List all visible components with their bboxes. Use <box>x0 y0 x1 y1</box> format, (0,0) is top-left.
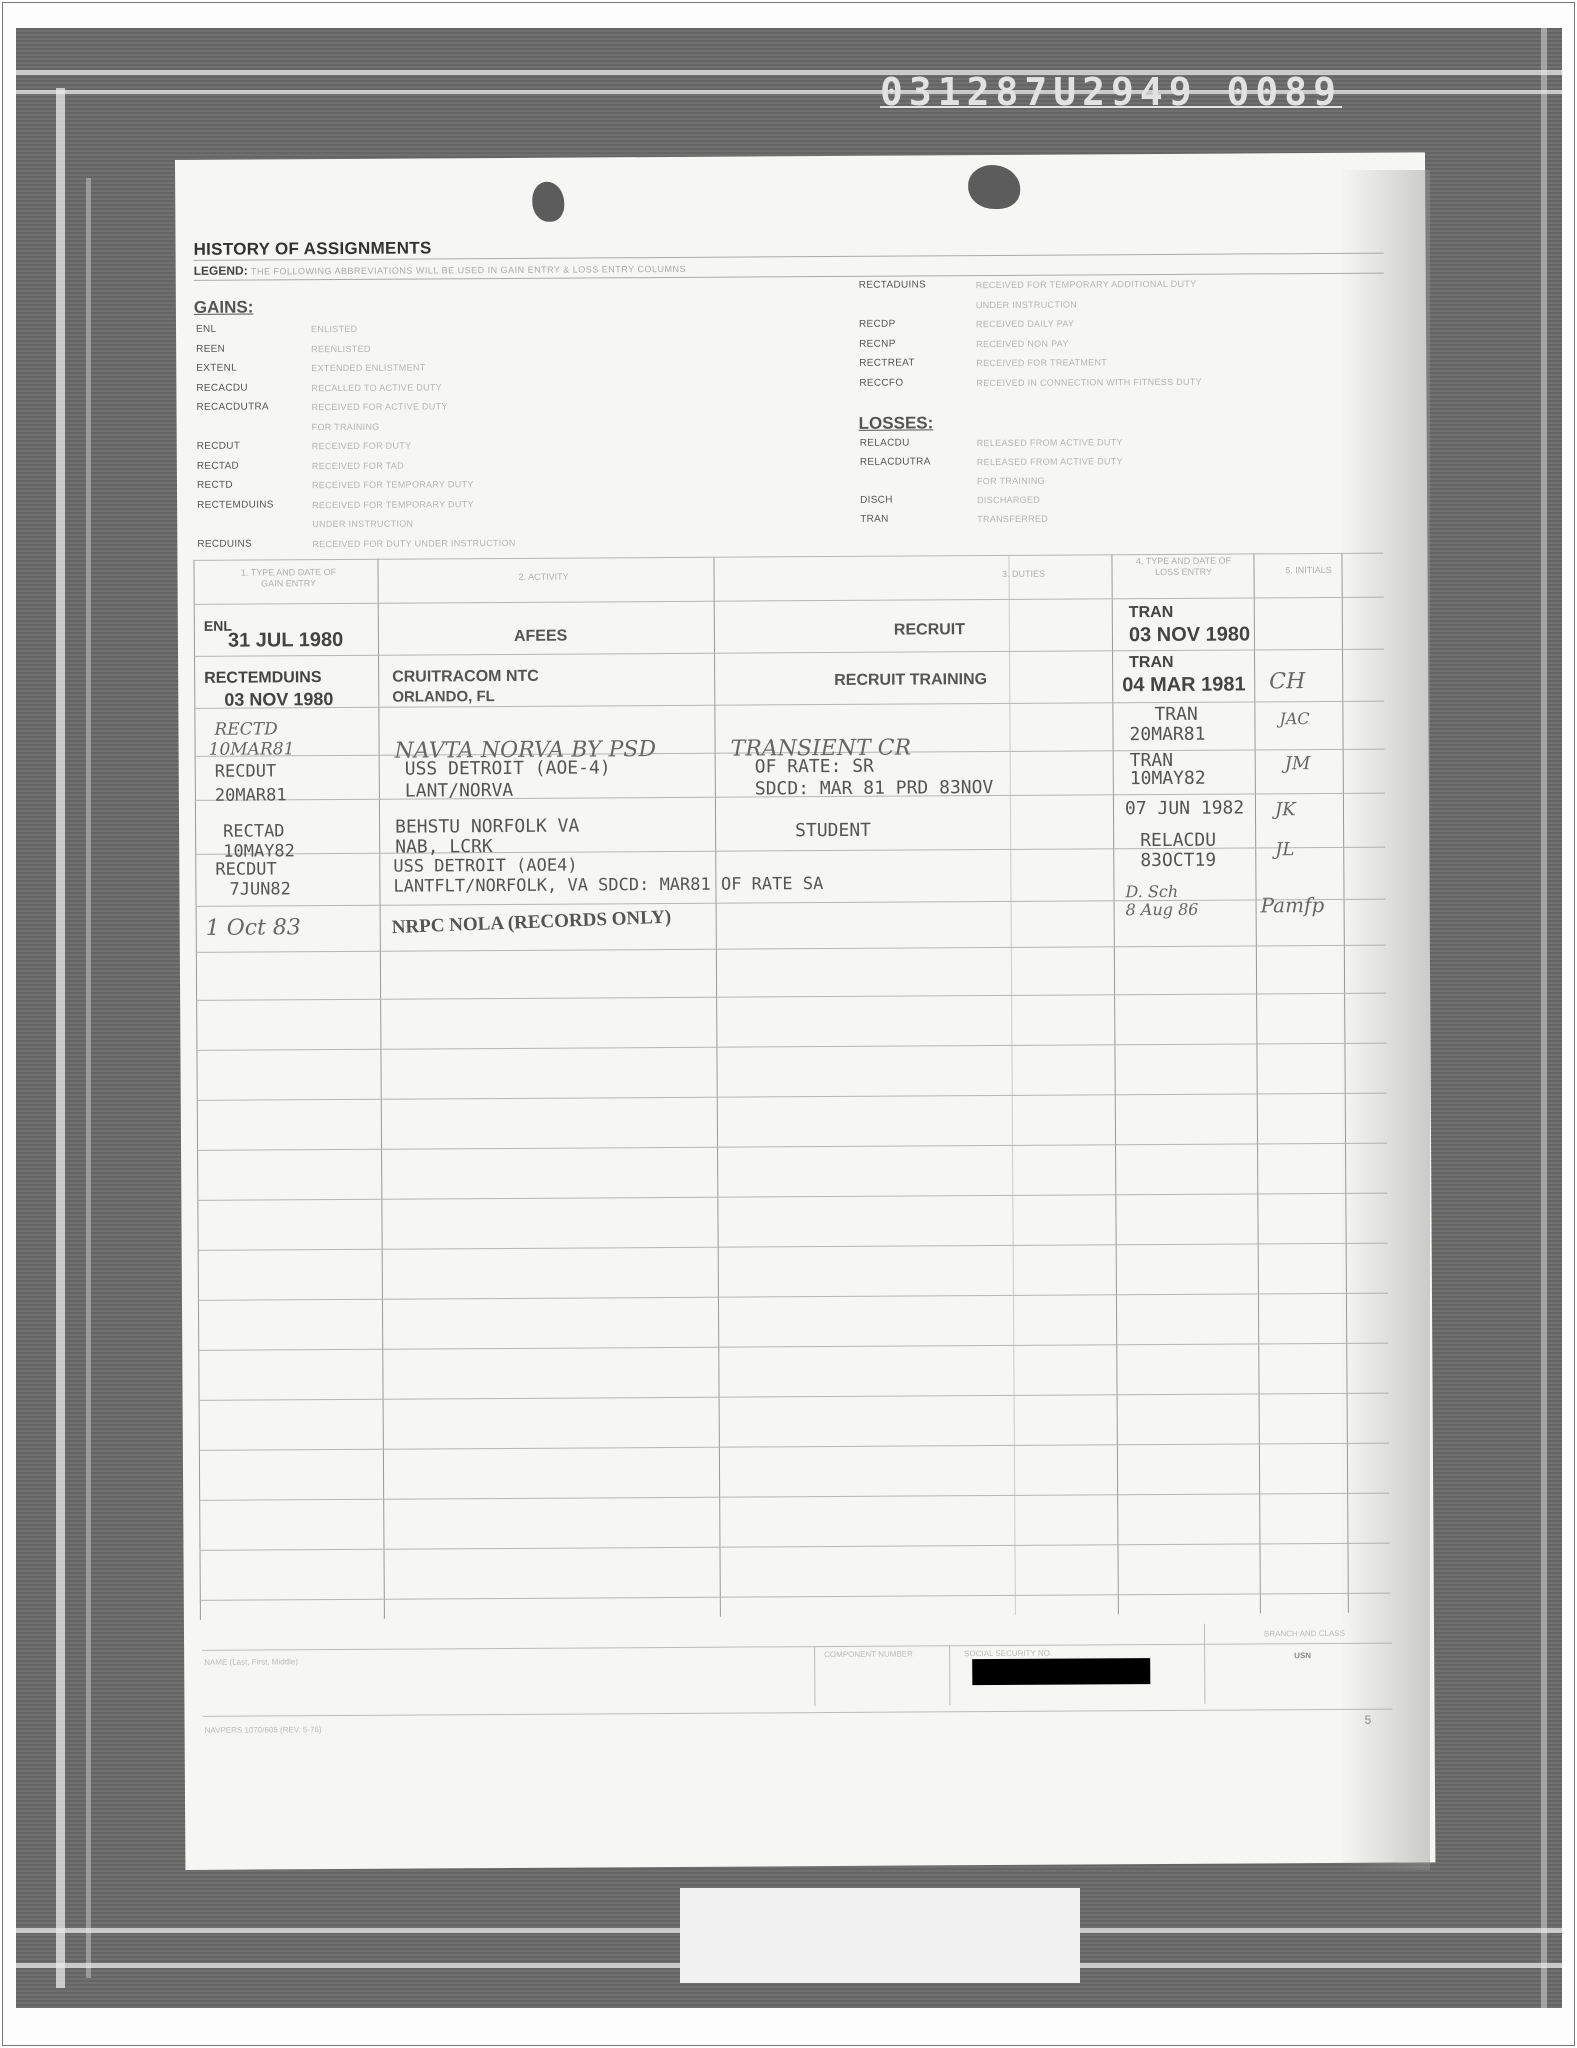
legend-description: UNDER INSTRUCTION <box>976 299 1077 310</box>
loss-handwritten: D. Sch <box>1125 882 1178 901</box>
legend-description: RECEIVED FOR DUTY <box>312 441 412 452</box>
legend-code: RECTAD <box>197 460 239 471</box>
legend-description: TRANSFERRED <box>977 514 1048 524</box>
legend-description: RECEIVED FOR TEMPORARY ADDITIONAL DUTY <box>976 279 1197 290</box>
loss-date: 83OCT19 <box>1140 850 1216 871</box>
punch-hole <box>532 182 564 222</box>
gain-date: 7JUN82 <box>229 879 291 899</box>
legend-code: DISCH <box>860 495 893 506</box>
gain-type: RECDUT <box>215 761 277 781</box>
legend-description: REENLISTED <box>311 343 371 353</box>
legend-code: REEN <box>196 343 225 354</box>
activity: CRUITRACOM NTC <box>392 668 539 687</box>
branch-label: BRANCH AND CLASS <box>1264 1629 1345 1638</box>
ssn-redaction <box>972 1658 1150 1685</box>
gain-type: RECTAD <box>223 821 285 841</box>
loss-handwritten: 8 Aug 86 <box>1126 900 1199 919</box>
legend-code: RECTREAT <box>859 357 915 368</box>
branch-value: USN <box>1294 1651 1311 1660</box>
duties: OF RATE: SR <box>755 756 874 778</box>
component-label: COMPONENT NUMBER <box>824 1650 913 1660</box>
activity: NRPC NOLA (RECORDS ONLY) <box>391 907 671 939</box>
legend-code: RECDUINS <box>197 538 252 549</box>
duties: SDCD: MAR 81 PRD 83NOV <box>755 777 994 799</box>
paper-edge-shadow <box>1340 170 1430 1870</box>
legend-code: RECDUT <box>197 441 241 452</box>
activity: USS DETROIT (AOE-4) <box>405 757 611 779</box>
legend-code: RECTADUINS <box>859 279 926 290</box>
initials: JK <box>1275 799 1296 820</box>
loss-type: RELACDU <box>1140 830 1216 851</box>
legend-code: RECTD <box>197 480 233 491</box>
activity: USS DETROIT (AOE4) <box>393 856 577 877</box>
legend-description: FOR TRAINING <box>977 476 1045 486</box>
assignment-history-form: HISTORY OF ASSIGNMENTS LEGEND: THE FOLLO… <box>175 152 1435 1870</box>
legend-description: RECEIVED FOR TREATMENT <box>976 357 1107 368</box>
gain-type: RECTEMDUINS <box>204 669 321 688</box>
legend-code: RECDP <box>859 319 896 330</box>
duties: RECRUIT TRAINING <box>834 671 987 690</box>
legend-description: RECEIVED FOR TEMPORARY DUTY <box>312 499 474 510</box>
legend-description: RECEIVED FOR TAD <box>312 460 404 471</box>
legend-description: DISCHARGED <box>977 495 1040 505</box>
loss-type: TRAN <box>1129 654 1174 672</box>
legend-description: RELEASED FROM ACTIVE DUTY <box>977 456 1123 467</box>
loss-type: TRAN <box>1154 704 1197 725</box>
activity: LANTFLT/NORFOLK, VA SDCD: MAR81 OF RATE … <box>393 874 823 897</box>
col-gain-entry: 1. TYPE AND DATE OF GAIN ENTRY <box>233 567 343 590</box>
gain-date: 20MAR81 <box>215 785 287 805</box>
loss-type: TRAN <box>1129 604 1174 622</box>
loss-date: 20MAR81 <box>1129 724 1205 745</box>
legend-description: RECEIVED IN CONNECTION WITH FITNESS DUTY <box>976 376 1202 387</box>
gain-date: 31 JUL 1980 <box>228 629 343 653</box>
initials: JAC <box>1279 709 1309 728</box>
form-number: NAVPERS 1070/605 (REV. 5-76) <box>205 1725 322 1735</box>
name-label: NAME (Last, First, Middle) <box>204 1657 298 1667</box>
initials: JL <box>1275 839 1294 860</box>
legend-description: RECEIVED DAILY PAY <box>976 319 1074 330</box>
legend-description: RECEIVED NON PAY <box>976 338 1069 349</box>
legend-line: LEGEND: THE FOLLOWING ABBREVIATIONS WILL… <box>194 261 686 278</box>
col-loss-entry: 4. TYPE AND DATE OF LOSS ENTRY <box>1133 556 1233 579</box>
duties: RECRUIT <box>894 621 965 639</box>
loss-type-date: 07 JUN 1982 <box>1125 797 1244 819</box>
initials: Pamfp <box>1261 893 1325 917</box>
losses-header: LOSSES: <box>859 413 934 433</box>
legend-text: THE FOLLOWING ABBREVIATIONS WILL BE USED… <box>251 264 686 277</box>
assignments-table: 1. TYPE AND DATE OF GAIN ENTRY 2. ACTIVI… <box>193 553 1390 1640</box>
legend-description: EXTENDED ENLISTMENT <box>311 362 425 373</box>
duties: STUDENT <box>795 820 871 841</box>
initials: JM <box>1285 753 1311 774</box>
punch-hole <box>968 165 1020 209</box>
legend-description: RECEIVED FOR TEMPORARY DUTY <box>312 479 474 490</box>
legend-description: RECALLED TO ACTIVE DUTY <box>311 382 442 393</box>
legend-code: RECACDU <box>196 382 248 393</box>
legend-description: UNDER INSTRUCTION <box>312 519 413 530</box>
legend-description: ENLISTED <box>311 324 357 334</box>
form-title: HISTORY OF ASSIGNMENTS <box>193 238 431 259</box>
gain-date-handwritten: 1 Oct 83 <box>206 915 301 941</box>
activity: NAB, LCRK <box>395 836 493 858</box>
legend-code: EXTENL <box>196 363 237 374</box>
initials: CH <box>1269 669 1305 694</box>
loss-date: 04 MAR 1981 <box>1122 673 1246 697</box>
gains-header: GAINS: <box>194 298 254 318</box>
gain-type: RECDUT <box>215 859 277 879</box>
legend-description: FOR TRAINING <box>312 421 380 431</box>
gain-type-handwritten: RECTD <box>214 719 277 739</box>
activity: ORLANDO, FL <box>392 688 495 706</box>
loss-date: 10MAY82 <box>1130 768 1206 789</box>
legend-code: RECNP <box>859 338 896 349</box>
legend-label: LEGEND: <box>194 264 248 278</box>
legend-code: RELACDU <box>860 438 910 449</box>
legend-code: TRAN <box>860 514 888 525</box>
col-duties: 3. DUTIES <box>974 569 1074 581</box>
legend-code: RECCFO <box>859 377 903 388</box>
gain-date: 03 NOV 1980 <box>224 689 333 711</box>
ssn-label: SOCIAL SECURITY NO. <box>964 1649 1052 1659</box>
folder-tab <box>680 1888 1080 1983</box>
legend-code: RELACDUTRA <box>860 456 931 467</box>
legend-code: RECTEMDUINS <box>197 499 274 510</box>
activity: AFEES <box>514 628 567 646</box>
activity: LANT/NORVA <box>405 780 514 802</box>
activity: BEHSTU NORFOLK VA <box>395 816 579 838</box>
gain-date-handwritten: 10MAR81 <box>209 739 295 760</box>
col-activity: 2. ACTIVITY <box>484 571 604 583</box>
legend-description: RELEASED FROM ACTIVE DUTY <box>977 437 1123 448</box>
legend-code: ENL <box>196 324 216 335</box>
document-serial-number: 031287U2949 0089 <box>880 70 1342 114</box>
legend-code: RECACDUTRA <box>196 401 269 412</box>
legend-description: RECEIVED FOR DUTY UNDER INSTRUCTION <box>312 537 515 548</box>
loss-date: 03 NOV 1980 <box>1129 623 1250 647</box>
legend-description: RECEIVED FOR ACTIVE DUTY <box>311 401 447 412</box>
